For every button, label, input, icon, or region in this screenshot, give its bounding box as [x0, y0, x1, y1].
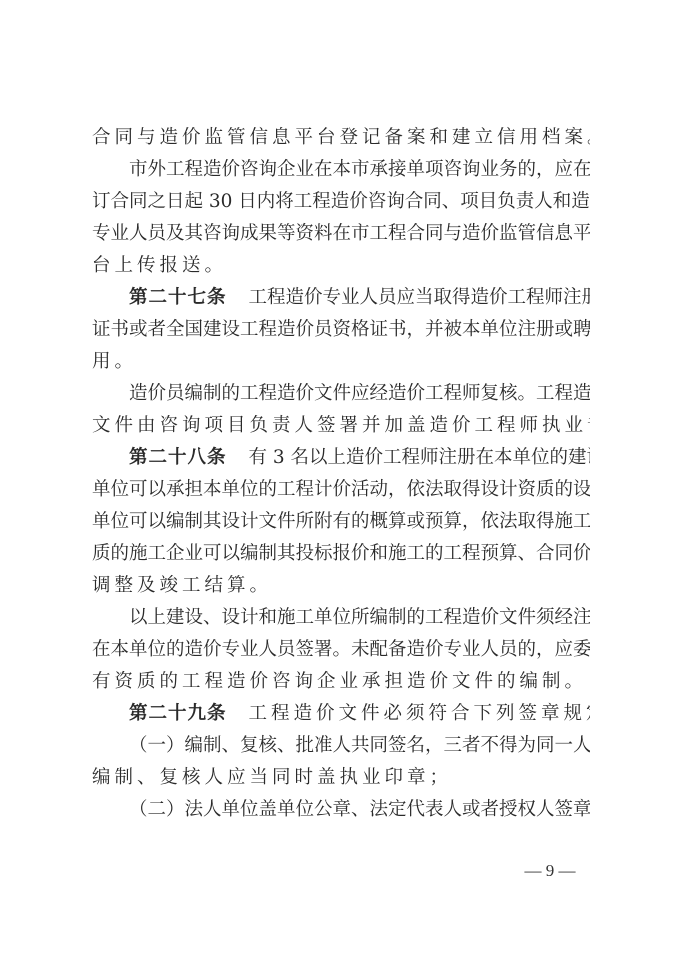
text-line: 文件由咨询项目负责人签署并加盖造价工程师执业专用章。	[92, 410, 590, 442]
text-line: 单位可以编制其设计文件所附有的概算或预算，依法取得施工资	[92, 506, 590, 538]
text-line: 市外工程造价咨询企业在本市承接单项咨询业务的，应在签	[92, 154, 590, 186]
text-line: 质的施工企业可以编制其投标报价和施工的工程预算、合同价款	[92, 538, 590, 570]
text-line: 合同与造价监管信息平台登记备案和建立信用档案。	[92, 122, 590, 154]
article-text: 有 3 名以上造价工程师注册在本单位的建设	[249, 447, 590, 468]
article-number: 第二十八条	[129, 447, 227, 468]
article-number: 第二十九条	[129, 703, 227, 724]
article-28-heading-line: 第二十八条有 3 名以上造价工程师注册在本单位的建设	[92, 442, 590, 474]
document-page: 合同与造价监管信息平台登记备案和建立信用档案。 市外工程造价咨询企业在本市承接单…	[0, 0, 680, 962]
text-line: 专业人员及其咨询成果等资料在市工程合同与造价监管信息平	[92, 218, 590, 250]
text-line: 造价员编制的工程造价文件应经造价工程师复核。工程造价	[92, 378, 590, 410]
text-line: 调整及竣工结算。	[92, 570, 590, 602]
list-item-1-line: （一）编制、复核、批准人共同签名，三者不得为同一人，	[92, 730, 590, 762]
page-number: — 9 —	[510, 858, 590, 884]
text-line: 以上建设、设计和施工单位所编制的工程造价文件须经注册	[92, 602, 590, 634]
article-text: 工程造价文件必须符合下列签章规定：	[249, 703, 590, 724]
list-item-1-line: 编制、复核人应当同时盖执业印章；	[92, 762, 590, 794]
article-text: 工程造价专业人员应当取得造价工程师注册	[249, 287, 590, 308]
article-27-heading-line: 第二十七条工程造价专业人员应当取得造价工程师注册	[92, 282, 590, 314]
article-29-heading-line: 第二十九条工程造价文件必须符合下列签章规定：	[92, 698, 590, 730]
text-line: 在本单位的造价专业人员签署。未配备造价专业人员的，应委托	[92, 634, 590, 666]
text-line: 有资质的工程造价咨询企业承担造价文件的编制。	[92, 666, 590, 698]
list-item-2-line: （二）法人单位盖单位公章、法定代表人或者授权人签章；	[92, 794, 590, 826]
text-line: 用。	[92, 346, 590, 378]
text-line: 订合同之日起 30 日内将工程造价咨询合同、项目负责人和造价	[92, 186, 590, 218]
text-line: 单位可以承担本单位的工程计价活动，依法取得设计资质的设计	[92, 474, 590, 506]
document-body: 合同与造价监管信息平台登记备案和建立信用档案。 市外工程造价咨询企业在本市承接单…	[92, 122, 590, 826]
text-line: 台上传报送。	[92, 250, 590, 282]
text-line: 证书或者全国建设工程造价员资格证书，并被本单位注册或聘	[92, 314, 590, 346]
article-number: 第二十七条	[129, 287, 227, 308]
